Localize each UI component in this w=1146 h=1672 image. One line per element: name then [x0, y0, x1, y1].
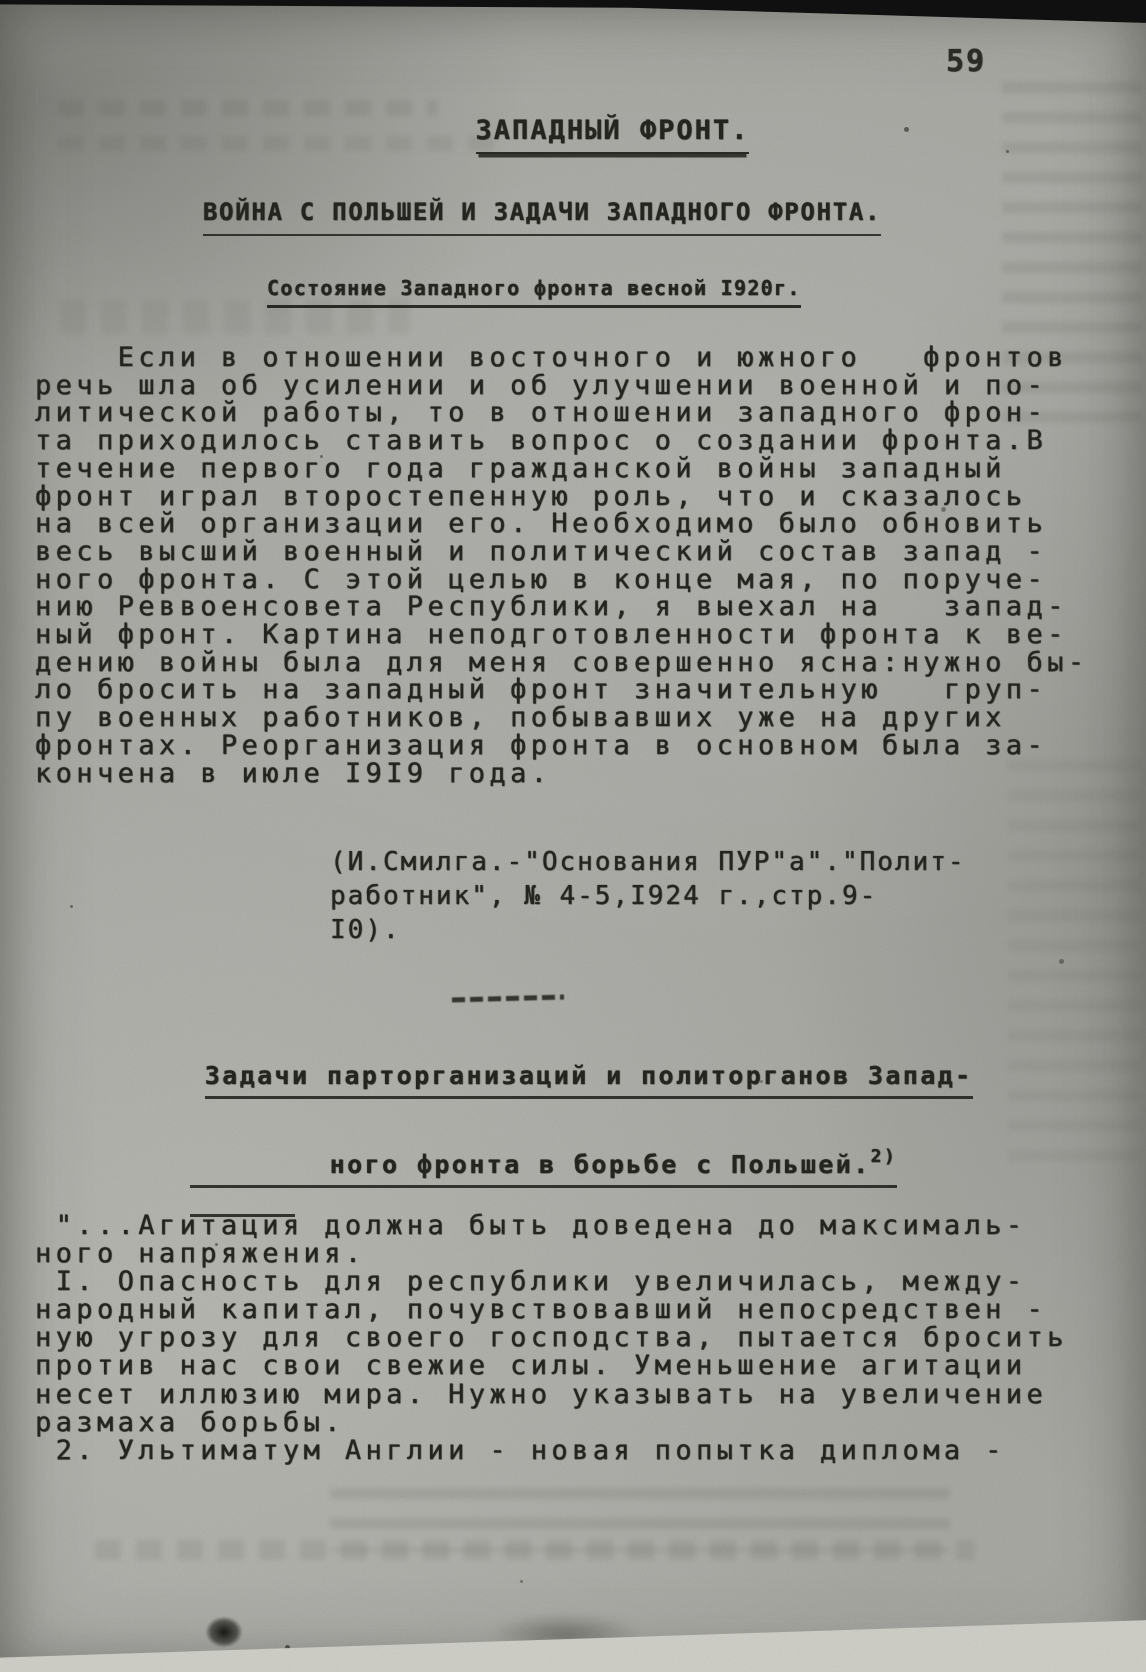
text-line: ный фронт. Картина неподготовленности фр… [35, 621, 1088, 649]
text-line: та приходилось ставить вопрос о создании… [35, 427, 1088, 455]
text-line: на всей организации его. Необходимо было… [35, 510, 1088, 538]
text-line: 2. Ультиматум Англии - новая попытка дип… [35, 1437, 1068, 1465]
text-line: размаха борьбы. [35, 1409, 1068, 1437]
text-line: фронтах. Реорганизация фронта в основном… [35, 732, 1088, 760]
section-divider [452, 995, 564, 1003]
text-line: речь шла об усилении и об улучшении воен… [35, 372, 1088, 400]
text-line: течение первого года гражданской войны з… [35, 455, 1088, 483]
text-line: ного фронта. С этой целью в конце мая, п… [35, 566, 1088, 594]
paragraph-1: Если в отношении восточного и южного фро… [35, 344, 1088, 787]
page-number: 59 [946, 44, 986, 79]
text-line: литической работы, то в отношении западн… [35, 399, 1088, 427]
document-text-layer: 59 ЗАПАДНЫЙ ФРОНТ. ВОЙНА С ПОЛЬШЕЙ И ЗАД… [0, 0, 1146, 1672]
text-line: I0). [330, 913, 966, 947]
text-line: (И.Смилга.-"Основания ПУР"а"."Полит- [330, 845, 966, 879]
section1-heading-text: Состояние Западного фронта весной I920г. [267, 276, 801, 308]
citation: (И.Смилга.-"Основания ПУР"а"."Полит-рабо… [330, 845, 966, 947]
text-line: работник", № 4-5,I924 г.,стр.9- [330, 879, 966, 913]
text-line: ло бросить на западный фронт значительну… [35, 676, 1088, 704]
text-line: ную угрозу для своего господства, пытает… [35, 1324, 1068, 1352]
document-subtitle-text: ВОЙНА С ПОЛЬШЕЙ И ЗАДАЧИ ЗАПАДНОГО ФРОНТ… [203, 198, 881, 236]
text-line: нию Реввоенсовета Республики, я выехал н… [35, 593, 1088, 621]
text-line: Если в отношении восточного и южного фро… [35, 344, 1088, 372]
text-line: пу военных работников, побывавших уже на… [35, 704, 1088, 732]
text-line: ного напряжения. [35, 1240, 1068, 1268]
text-line: народный капитал, почувствовавший непоср… [35, 1296, 1068, 1324]
text-line: фронт играл второстепенную роль, что и с… [35, 483, 1088, 511]
text-line: весь высший военный и политический соста… [35, 538, 1088, 566]
document-title: ЗАПАДНЫЙ ФРОНТ. [366, 84, 749, 177]
text-line: "...Агитация должна быть доведена до мак… [35, 1212, 1068, 1240]
document-subtitle: ВОЙНА С ПОЛЬШЕЙ И ЗАДАЧИ ЗАПАДНОГО ФРОНТ… [106, 170, 881, 254]
text-line: против нас свои свежие силы. Уменьшение … [35, 1352, 1068, 1380]
text-line: кончена в июле I9I9 года. [35, 760, 1088, 788]
footnote-marker: 2) [871, 1146, 897, 1167]
section2-heading-line2-text: ного фронта в борьбе с Польшей. [330, 1150, 871, 1179]
text-line: дению войны была для меня совершенно ясн… [35, 649, 1088, 677]
document-title-text: ЗАПАДНЫЙ ФРОНТ. [476, 115, 750, 154]
text-line: несет иллюзию мира. Нужно указывать на у… [35, 1381, 1068, 1409]
scanned-document-page: 59 ЗАПАДНЫЙ ФРОНТ. ВОЙНА С ПОЛЬШЕЙ И ЗАД… [0, 0, 1146, 1672]
text-line: I. Опасность для республики увеличилась,… [35, 1268, 1068, 1296]
paragraph-2: "...Агитация должна быть доведена до мак… [35, 1212, 1068, 1465]
section1-heading: Состояние Западного фронта весной I920г. [187, 252, 801, 324]
